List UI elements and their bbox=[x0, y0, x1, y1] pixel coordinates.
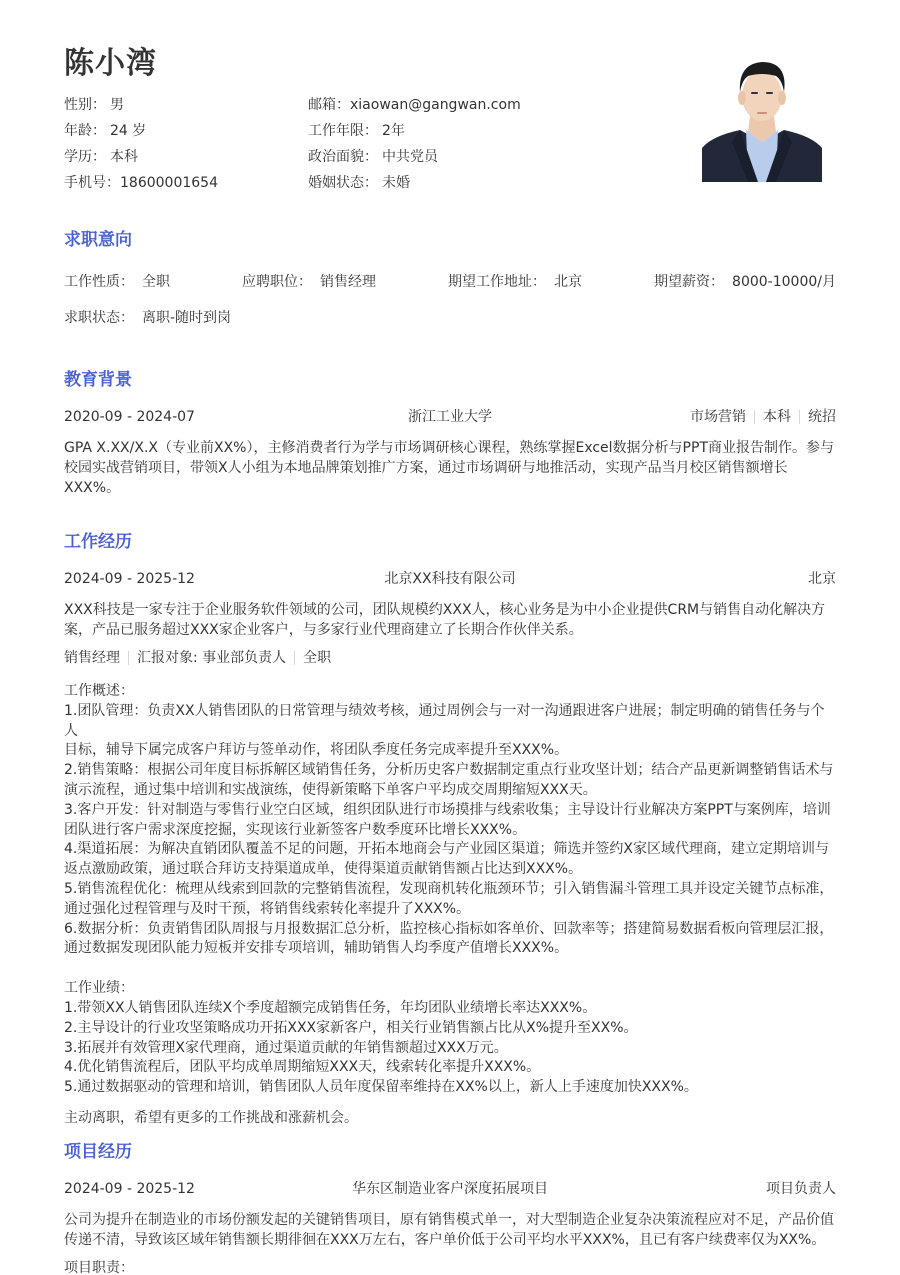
separator bbox=[128, 651, 129, 665]
info-row: 年龄：24 岁 工作年限：2年 bbox=[64, 120, 624, 146]
intent-salary: 期望薪资：8000-10000/月 bbox=[654, 272, 836, 292]
work-tags: 销售经理 汇报对象: 事业部负责人 全职 bbox=[64, 648, 836, 668]
intent-label: 求职状态： bbox=[64, 310, 134, 326]
separator bbox=[754, 410, 755, 424]
info-value: 本科 bbox=[110, 149, 138, 165]
intent-row: 工作性质：全职 应聘职位：销售经理 期望工作地址：北京 期望薪资：8000-10… bbox=[64, 272, 836, 292]
info-value: 2年 bbox=[382, 123, 405, 139]
achievement-line: 5.通过数据驱动的管理和培训，销售团队人员年度保留率维持在XX%以上，新人上手速… bbox=[64, 1078, 836, 1098]
education-header: 2020-09 - 2024-07 浙江工业大学 市场营销 本科 统招 bbox=[64, 407, 836, 427]
intent-value: 8000-10000/月 bbox=[732, 274, 836, 290]
intent-location: 期望工作地址：北京 bbox=[448, 272, 582, 292]
work-header: 2024-09 - 2025-12 北京XX科技有限公司 北京 bbox=[64, 569, 836, 589]
info-row: 手机号：18600001654 婚姻状态：未婚 bbox=[64, 172, 624, 198]
info-age: 年龄：24 岁 bbox=[64, 120, 308, 146]
profile-photo bbox=[702, 50, 822, 182]
project-name: 华东区制造业客户深度拓展项目 bbox=[352, 1181, 548, 1197]
education-major: 市场营销 bbox=[690, 407, 746, 427]
project-header: 2024-09 - 2025-12 华东区制造业客户深度拓展项目 项目负责人 bbox=[64, 1179, 836, 1199]
section-title-education: 教育背景 bbox=[64, 365, 132, 390]
overview-line: 目标，辅导下属完成客户拜访与签单动作，将团队季度任务完成率提升至XXX%。 bbox=[64, 741, 836, 761]
info-label: 邮箱： bbox=[308, 97, 350, 113]
overview-line: 通过数据发现团队能力短板并安排专项培训，辅助销售人均季度产值增长XXX%。 bbox=[64, 939, 836, 959]
info-label: 学历： bbox=[64, 149, 106, 165]
overview-line: 通过强化过程管理与及时干预，将销售线索转化率提升了XXX%。 bbox=[64, 900, 836, 920]
info-label: 政治面貌： bbox=[308, 149, 378, 165]
info-email: 邮箱：xiaowan@gangwan.com bbox=[308, 94, 608, 120]
section-title-project: 项目经历 bbox=[64, 1137, 132, 1162]
achievement-line: 2.主导设计的行业攻坚策略成功开拓XXX家新客户，相关行业销售额占比从X%提升至… bbox=[64, 1019, 836, 1039]
intent-job-type: 工作性质：全职 bbox=[64, 272, 170, 292]
section-title-intent: 求职意向 bbox=[64, 225, 132, 250]
project-role: 项目负责人 bbox=[766, 1179, 836, 1199]
intent-value: 北京 bbox=[554, 274, 582, 290]
intent-status-row: 求职状态：离职-随时到岗 bbox=[64, 308, 836, 328]
intent-label: 应聘职位： bbox=[242, 274, 312, 290]
work-achievements: 工作业绩： 1.带领XX人销售团队连续X个季度超额完成销售任务，年均团队业绩增长… bbox=[64, 979, 836, 1098]
info-education: 学历：本科 bbox=[64, 146, 308, 172]
intent-label: 期望工作地址： bbox=[448, 274, 546, 290]
work-period: 2024-09 - 2025-12 bbox=[64, 569, 195, 589]
info-gender: 性别：男 bbox=[64, 94, 308, 120]
overview-line: 4.渠道拓展：为解决直销团队覆盖不足的问题，开拓本地商会与产业园区渠道；筛选并签… bbox=[64, 840, 836, 860]
intent-status: 求职状态：离职-随时到岗 bbox=[64, 308, 231, 328]
work-leave-reason: 主动离职，希望有更多的工作挑战和涨薪机会。 bbox=[64, 1108, 836, 1128]
info-value: 未婚 bbox=[382, 175, 410, 191]
education-school: 浙江工业大学 bbox=[408, 409, 492, 425]
info-work-years: 工作年限：2年 bbox=[308, 120, 608, 146]
overview-line: 3.客户开发：针对制造与零售行业空白区域，组织团队进行市场摸排与线索收集；主导设… bbox=[64, 801, 836, 821]
project-block: 2024-09 - 2025-12 华东区制造业客户深度拓展项目 项目负责人 公… bbox=[64, 1179, 836, 1275]
portrait-photo-icon bbox=[702, 50, 822, 182]
intent-label: 期望薪资： bbox=[654, 274, 724, 290]
education-type: 统招 bbox=[808, 407, 836, 427]
achievement-line: 4.优化销售流程后，团队平均成单周期缩短XXX天，线索转化率提升XXX%。 bbox=[64, 1058, 836, 1078]
overview-line: 1.团队管理：负责XX人销售团队的日常管理与绩效考核，通过周例会与一对一沟通跟进… bbox=[64, 702, 836, 742]
overview-line: 6.数据分析：负责销售团队周报与月报数据汇总分析，监控核心指标如客单价、回款率等… bbox=[64, 920, 836, 940]
intent-position: 应聘职位：销售经理 bbox=[242, 272, 376, 292]
overview-line: 团队进行客户需求深度挖掘，实现该行业新签客户数季度环比增长XXX%。 bbox=[64, 821, 836, 841]
info-value: 男 bbox=[110, 97, 124, 113]
education-tags: 市场营销 本科 统招 bbox=[690, 407, 836, 427]
intent-value: 离职-随时到岗 bbox=[142, 310, 231, 326]
info-label: 婚姻状态： bbox=[308, 175, 378, 191]
section-title-work: 工作经历 bbox=[64, 527, 132, 552]
info-label: 手机号： bbox=[64, 175, 120, 191]
overview-line: 演示流程，通过集中培训和实战演练，使得新策略下单客户平均成交周期缩短XXX天。 bbox=[64, 781, 836, 801]
info-label: 工作年限： bbox=[308, 123, 378, 139]
separator bbox=[799, 410, 800, 424]
work-company: 北京XX科技有限公司 bbox=[384, 571, 515, 587]
education-block: 2020-09 - 2024-07 浙江工业大学 市场营销 本科 统招 GPA … bbox=[64, 407, 836, 498]
info-label: 性别： bbox=[64, 97, 106, 113]
project-period: 2024-09 - 2025-12 bbox=[64, 1179, 195, 1199]
intent-block: 工作性质：全职 应聘职位：销售经理 期望工作地址：北京 期望薪资：8000-10… bbox=[64, 272, 836, 328]
separator bbox=[294, 651, 295, 665]
intent-value: 销售经理 bbox=[320, 274, 376, 290]
education-degree: 本科 bbox=[763, 407, 791, 427]
achievement-line: 1.带领XX人销售团队连续X个季度超额完成销售任务，年均团队业绩增长率达XXX%… bbox=[64, 999, 836, 1019]
intent-label: 工作性质： bbox=[64, 274, 134, 290]
achievement-line: 3.拓展并有效管理X家代理商，通过渠道贡献的年销售额超过XXX万元。 bbox=[64, 1039, 836, 1059]
info-value: 18600001654 bbox=[120, 175, 218, 191]
work-company-description: XXX科技是一家专注于企业服务软件领域的公司，团队规模约XXX人，核心业务是为中… bbox=[64, 600, 836, 640]
info-phone: 手机号：18600001654 bbox=[64, 172, 308, 198]
work-type: 全职 bbox=[303, 648, 331, 668]
info-political: 政治面貌：中共党员 bbox=[308, 146, 608, 172]
info-marital: 婚姻状态：未婚 bbox=[308, 172, 608, 198]
work-overview-title: 工作概述： bbox=[64, 682, 836, 702]
info-label: 年龄： bbox=[64, 123, 106, 139]
education-description: GPA X.XX/X.X（专业前XX%），主修消费者行为学与市场调研核心课程，熟… bbox=[64, 438, 836, 498]
work-block: 2024-09 - 2025-12 北京XX科技有限公司 北京 XXX科技是一家… bbox=[64, 569, 836, 1128]
info-value: 中共党员 bbox=[382, 149, 438, 165]
candidate-name: 陈小湾 bbox=[64, 38, 157, 82]
info-row: 性别：男 邮箱：xiaowan@gangwan.com bbox=[64, 94, 624, 120]
work-achievements-title: 工作业绩： bbox=[64, 979, 836, 999]
info-value: xiaowan@gangwan.com bbox=[350, 97, 521, 113]
work-title: 销售经理 bbox=[64, 648, 120, 668]
overview-line: 5.销售流程优化：梳理从线索到回款的完整销售流程，发现商机转化瓶颈环节；引入销售… bbox=[64, 880, 836, 900]
project-duties-title: 项目职责： bbox=[64, 1258, 836, 1275]
basic-info: 性别：男 邮箱：xiaowan@gangwan.com 年龄：24 岁 工作年限… bbox=[64, 94, 624, 198]
education-period: 2020-09 - 2024-07 bbox=[64, 407, 195, 427]
work-overview: 工作概述： 1.团队管理：负责XX人销售团队的日常管理与绩效考核，通过周例会与一… bbox=[64, 682, 836, 959]
work-report-to: 汇报对象: 事业部负责人 bbox=[137, 648, 286, 668]
work-location: 北京 bbox=[808, 569, 836, 589]
project-description: 公司为提升在制造业的市场份额发起的关键销售项目，原有销售模式单一，对大型制造企业… bbox=[64, 1210, 836, 1250]
overview-line: 2.销售策略：根据公司年度目标拆解区域销售任务，分析历史客户数据制定重点行业攻坚… bbox=[64, 761, 836, 781]
info-value: 24 岁 bbox=[110, 123, 146, 139]
overview-line: 返点激励政策，通过联合拜访支持渠道成单，使得渠道贡献销售额占比达到XXX%。 bbox=[64, 860, 836, 880]
info-row: 学历：本科 政治面貌：中共党员 bbox=[64, 146, 624, 172]
intent-value: 全职 bbox=[142, 274, 170, 290]
